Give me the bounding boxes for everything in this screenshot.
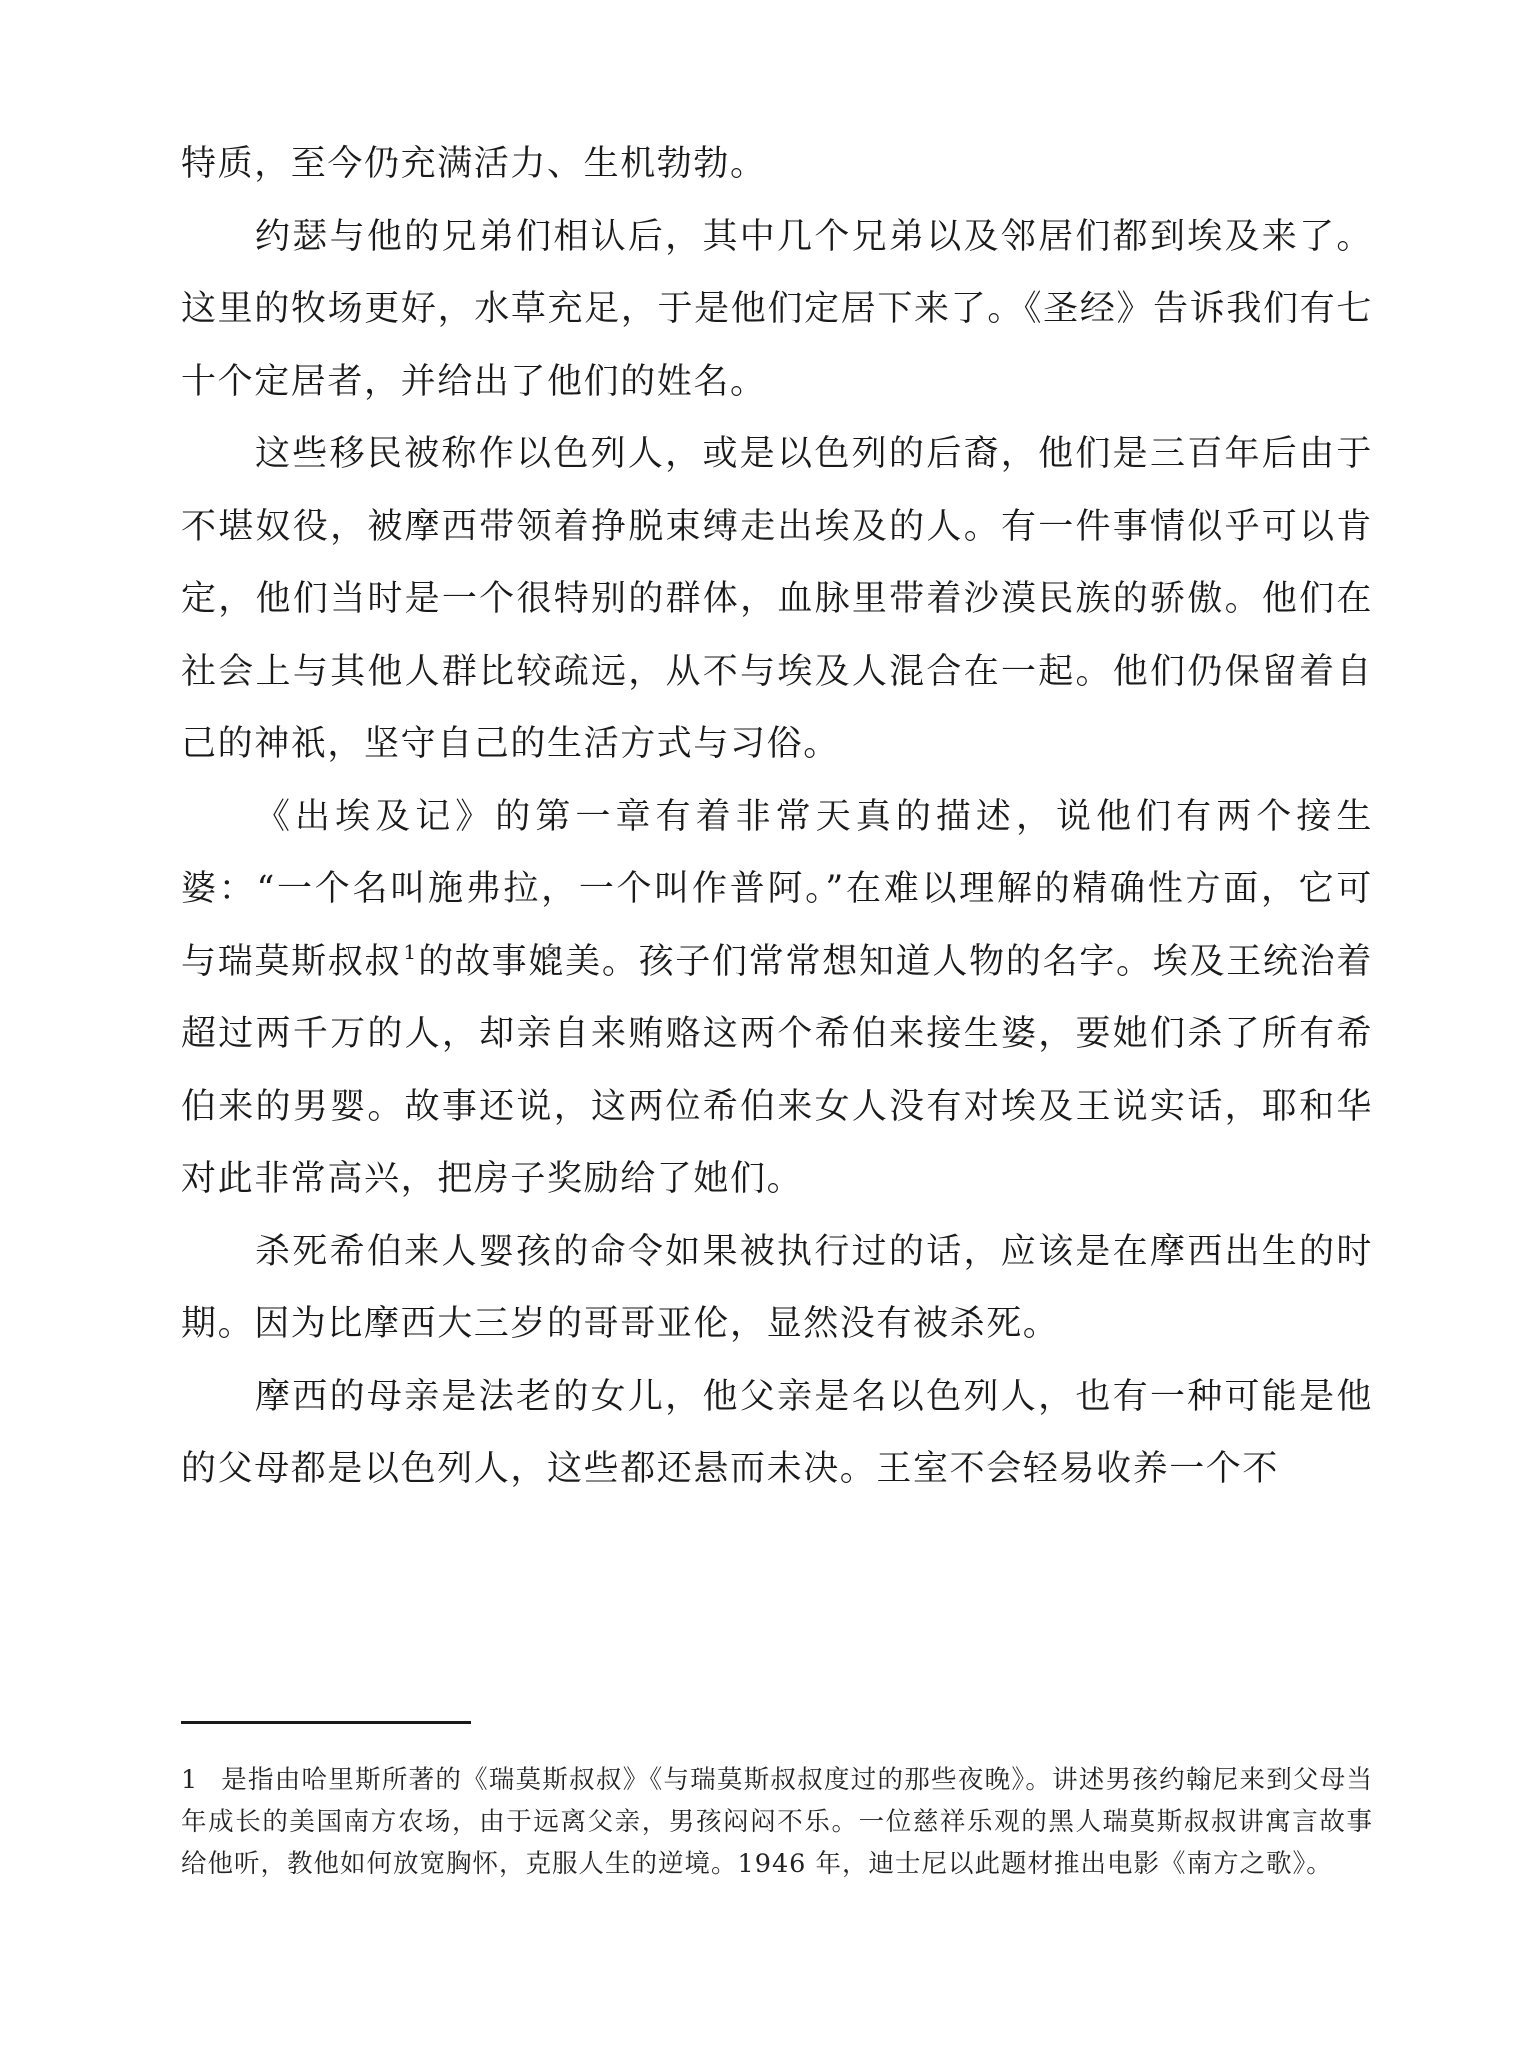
footnote-divider <box>181 1721 471 1724</box>
footnote-reference[interactable]: 1 <box>401 940 418 964</box>
paragraph-israelites: 这些移民被称作以色列人，或是以色列的后裔，他们是三百年后由于不堪奴役，被摩西带领… <box>181 418 1373 781</box>
footnote-item: 1是指由哈里斯所著的《瑞莫斯叔叔》《与瑞莫斯叔叔度过的那些夜晚》。讲述男孩约翰尼… <box>181 1759 1373 1885</box>
paragraph-continuation: 特质，至今仍充满活力、生机勃勃。 <box>181 128 1373 201</box>
body-text: 特质，至今仍充满活力、生机勃勃。 约瑟与他的兄弟们相认后，其中几个兄弟以及邻居们… <box>181 128 1373 1506</box>
footnotes-section: 1是指由哈里斯所著的《瑞莫斯叔叔》《与瑞莫斯叔叔度过的那些夜晚》。讲述男孩约翰尼… <box>181 1759 1373 1885</box>
footnote-text: 是指由哈里斯所著的《瑞莫斯叔叔》《与瑞莫斯叔叔度过的那些夜晚》。讲述男孩约翰尼来… <box>181 1765 1373 1879</box>
footnote-number: 1 <box>181 1759 221 1801</box>
paragraph-exodus-midwives: 《出埃及记》的第一章有着非常天真的描述，说他们有两个接生婆：“一个名叫施弗拉，一… <box>181 781 1373 1216</box>
paragraph-joseph-brothers: 约瑟与他的兄弟们相认后，其中几个兄弟以及邻居们都到埃及来了。这里的牧场更好，水草… <box>181 201 1373 419</box>
paragraph-moses-parents: 摩西的母亲是法老的女儿，他父亲是名以色列人，也有一种可能是他的父母都是以色列人，… <box>181 1361 1373 1506</box>
document-page: 特质，至今仍充满活力、生机勃勃。 约瑟与他的兄弟们相认后，其中几个兄弟以及邻居们… <box>181 128 1373 1506</box>
paragraph-killing-order: 杀死希伯来人婴孩的命令如果被执行过的话，应该是在摩西出生的时期。因为比摩西大三岁… <box>181 1216 1373 1361</box>
